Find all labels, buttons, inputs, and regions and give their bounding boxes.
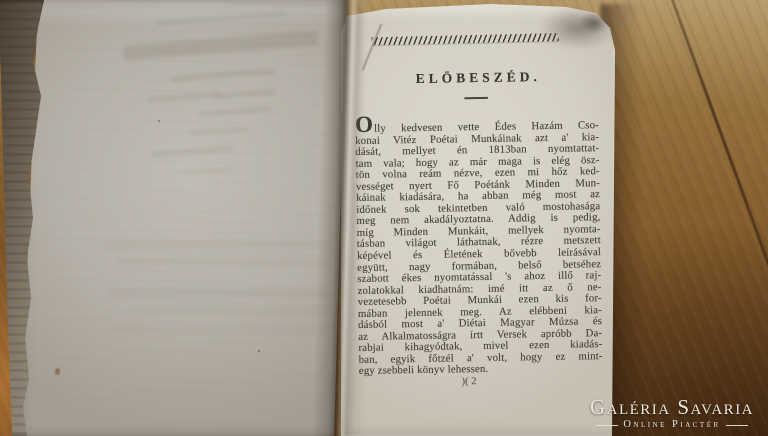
ghost-text-line [214, 89, 276, 100]
embossed-title-ghost [95, 0, 351, 226]
show-through-band [113, 325, 328, 333]
show-through-band [128, 307, 328, 315]
watermark-rule-right [726, 425, 748, 426]
book-photo: ELÖBESZÉD. Olly kedvesen vette Édes Hazá… [0, 0, 768, 436]
show-through-band [108, 288, 328, 298]
watermark-subtitle: Online Piactér [623, 419, 720, 431]
ghost-text-line [147, 91, 222, 103]
heading-rule [464, 97, 488, 99]
show-through-band [103, 240, 328, 249]
left-blank-page [8, 0, 346, 436]
ghost-text-line [170, 68, 275, 82]
ghost-text-line [123, 30, 319, 60]
foxing-spot [55, 368, 60, 375]
ghost-text-line [183, 166, 233, 175]
watermark-rule-left [596, 425, 618, 426]
marketplace-watermark: Galéria Savaria Online Piactér [582, 396, 762, 431]
paper-speck [158, 120, 160, 122]
ghost-text-line [198, 106, 270, 117]
ornament-rule [372, 33, 559, 45]
watermark-title: Galéria Savaria [582, 396, 762, 418]
show-through-band [118, 258, 328, 266]
preface-paragraph: Olly kedvesen vette Édes Hazám Cso- kona… [355, 120, 603, 378]
ghost-text-line [190, 126, 248, 136]
text-column: ELÖBESZÉD. Olly kedvesen vette Édes Hazá… [353, 0, 608, 436]
paper-speck [258, 350, 260, 352]
ghost-text-line [151, 145, 233, 157]
chapter-heading: ELÖBESZÉD. [354, 68, 602, 88]
right-printed-page: ELÖBESZÉD. Olly kedvesen vette Édes Hazá… [341, 0, 618, 436]
ghost-text-line [156, 11, 286, 26]
